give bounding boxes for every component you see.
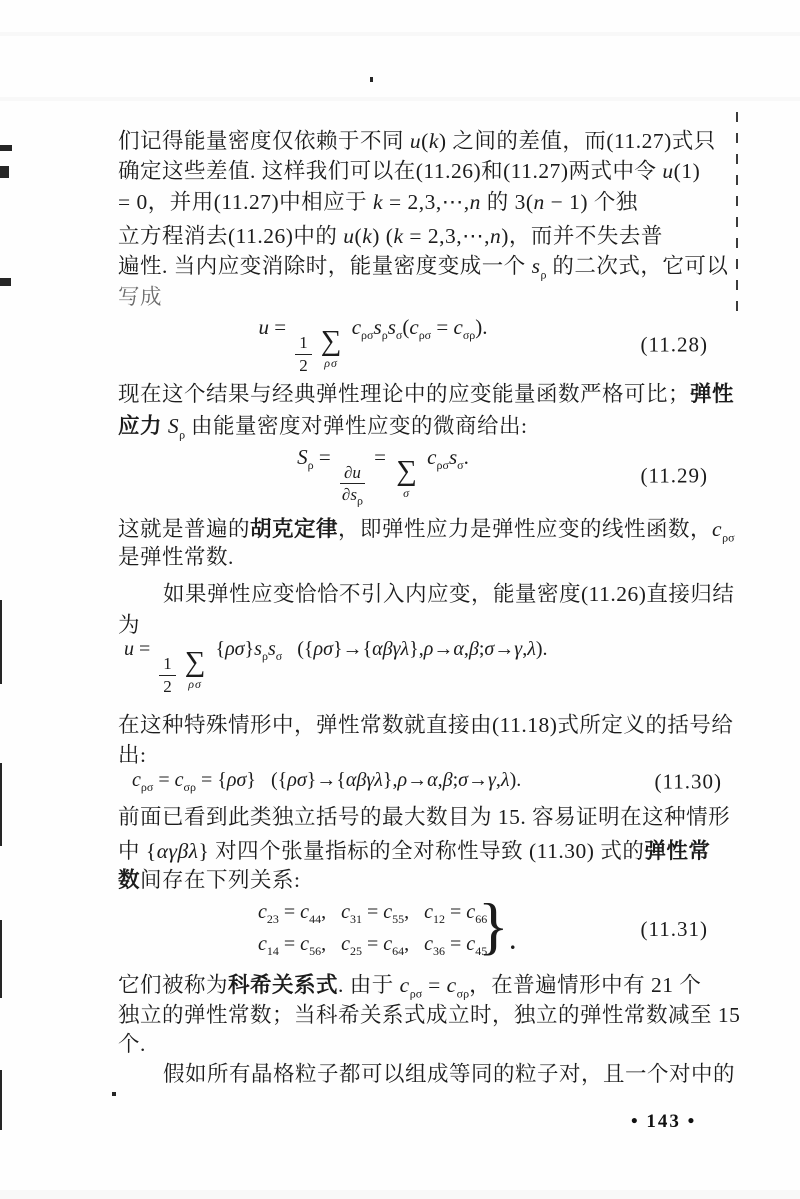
equation-body: cρσ = cσρ = {ρσ} ({ρσ}→{αβγλ},ρ→α,β;σ→γ,…	[132, 769, 521, 795]
equation-body: Sρ = ∂u∂sρ = ∑σ cρσsσ.	[297, 445, 469, 508]
scan-artifact-band	[0, 1190, 800, 1199]
scan-artifact-speck	[370, 77, 373, 82]
body-line: 前面已看到此类独立括号的最大数目为 15. 容易证明在这种情形	[118, 803, 730, 831]
body-line: 数间存在下列关系:	[118, 866, 301, 894]
equation-number: (11.29)	[641, 464, 708, 489]
scan-artifact-edge-line	[0, 920, 2, 998]
body-line: 现在这个结果与经典弹性理论中的应变能量函数严格可比；弹性	[118, 380, 734, 408]
body-line: 是弹性常数.	[118, 543, 234, 571]
equation-11-28: u = 12∑ρσ cρσsρsσ(cρσ = cσρ). (11.28)	[118, 318, 738, 372]
scan-artifact-band	[0, 32, 800, 36]
scan-artifact-mark	[0, 145, 12, 151]
body-line: 确定这些差值. 这样我们可以在(11.26)和(11.27)两式中令 u(1)	[118, 157, 700, 185]
body-line: 遍性. 当内应变消除时，能量密度变成一个 sρ 的二次式，它可以	[118, 252, 728, 288]
body-line: 假如所有晶格粒子都可以组成等同的粒子对，且一个对中的	[163, 1060, 735, 1088]
scan-artifact-edge-line	[0, 600, 2, 684]
body-line: 立方程消去(11.26)中的 u(k) (k = 2,3,⋯,n)，而并不失去普	[118, 222, 663, 250]
page-number: • 143 •	[631, 1111, 696, 1133]
equation-11-30: cρσ = cσρ = {ρσ} ({ρσ}→{αβγλ},ρ→α,β;σ→γ,…	[118, 764, 752, 800]
equation-body: u = 12∑ρσ {ρσ}sρsσ ({ρσ}→{αβγλ},ρ→α,β;σ→…	[124, 638, 548, 696]
equation-body: u = 12∑ρσ cρσsρsσ(cρσ = cσρ).	[258, 315, 487, 375]
scan-artifact-band	[0, 97, 800, 101]
scan-artifact-edge-line	[0, 1070, 2, 1130]
equation-number: (11.30)	[655, 770, 722, 795]
scan-artifact-speck	[112, 1092, 116, 1096]
scan-artifact-edge-line	[0, 763, 2, 846]
body-line: 中 {αγβλ} 对四个张量指标的全对称性导致 (11.30) 式的弹性常	[118, 837, 710, 865]
body-line: 们记得能量密度仅依赖于不同 u(k) 之间的差值，而(11.27)式只	[118, 127, 716, 155]
body-line: 应力 Sρ 由能量密度对弹性应变的微商给出:	[118, 412, 528, 448]
equation-number: (11.28)	[641, 333, 708, 358]
scan-artifact-mark	[0, 278, 11, 286]
equation-number: (11.31)	[641, 917, 708, 942]
equation-unnumbered: u = 12∑ρσ {ρσ}sρsσ ({ρσ}→{αβγλ},ρ→α,β;σ→…	[118, 640, 744, 694]
body-line: 在这种特殊情形中，弹性常数就直接由(11.18)式所定义的括号给	[118, 711, 733, 739]
equation-row: c14 = c56, c25 = c64, c36 = c45	[258, 933, 487, 959]
scanned-book-page: 们记得能量密度仅依赖于不同 u(k) 之间的差值，而(11.27)式只 确定这些…	[0, 0, 800, 1199]
scan-artifact-mark	[0, 166, 9, 178]
body-line: 为	[118, 611, 140, 639]
equation-row: c23 = c44, c31 = c55, c12 = c66	[258, 901, 487, 927]
equation-11-31: c23 = c44, c31 = c55, c12 = c66 c14 = c5…	[118, 893, 738, 967]
brace-glyph: }	[478, 887, 509, 965]
period-glyph: .	[510, 929, 516, 955]
equation-11-29: Sρ = ∂u∂sρ = ∑σ cρσsσ. (11.29)	[118, 449, 738, 503]
body-line: 如果弹性应变恰恰不引入内应变，能量密度(11.26)直接归结	[163, 580, 734, 608]
scan-artifact-dashed-line	[736, 112, 738, 312]
body-line: 独立的弹性常数；当科希关系式成立时，独立的弹性常数减至 15	[118, 1001, 740, 1029]
body-line: = 0，并用(11.27)中相应于 k = 2,3,⋯,n 的 3(n − 1)…	[118, 188, 638, 216]
body-line: 写成	[118, 283, 162, 311]
body-line: 个.	[118, 1030, 146, 1058]
